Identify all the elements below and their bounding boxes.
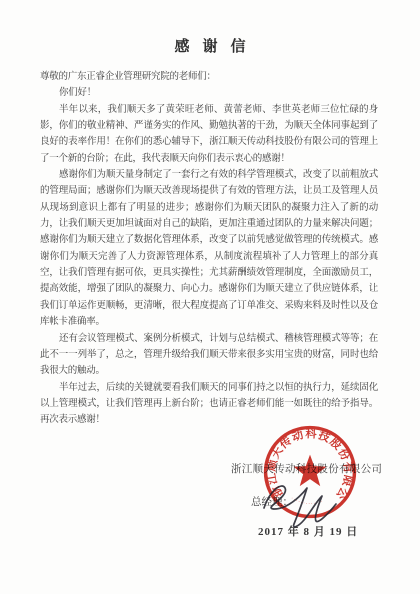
letter-page: 感谢信 尊敬的广东正睿企业管理研究院的老师们： 你们好！ 半年以来，我们顺天多了… — [0, 0, 420, 594]
salutation-line: 尊敬的广东正睿企业管理研究院的老师们： — [40, 69, 378, 85]
letter-title: 感谢信 — [0, 35, 420, 56]
paragraph-3: 还有会议管理模式、案例分析模式，计划与总结模式、稽核管理模式等等；在此不一一列举… — [40, 331, 378, 380]
greeting-line: 你们好！ — [40, 85, 378, 101]
paragraph-4: 半年过去，后续的关键就要看我们顺天的同事们持之以恒的执行力，延续固化以上管理模式… — [40, 380, 378, 429]
signature-scribble — [254, 474, 350, 534]
paragraph-2: 感谢你们为顺天量身制定了一套行之有效的科学管理模式，改变了以前粗放式的管理局面；… — [40, 167, 378, 330]
paragraph-1: 半年以来，我们顺天多了黄荣旺老师、黄蕾老师、李世英老师三位忙碌的身影，你们的敬业… — [40, 102, 378, 167]
letter-body: 尊敬的广东正睿企业管理研究院的老师们： 你们好！ 半年以来，我们顺天多了黄荣旺老… — [40, 69, 378, 429]
